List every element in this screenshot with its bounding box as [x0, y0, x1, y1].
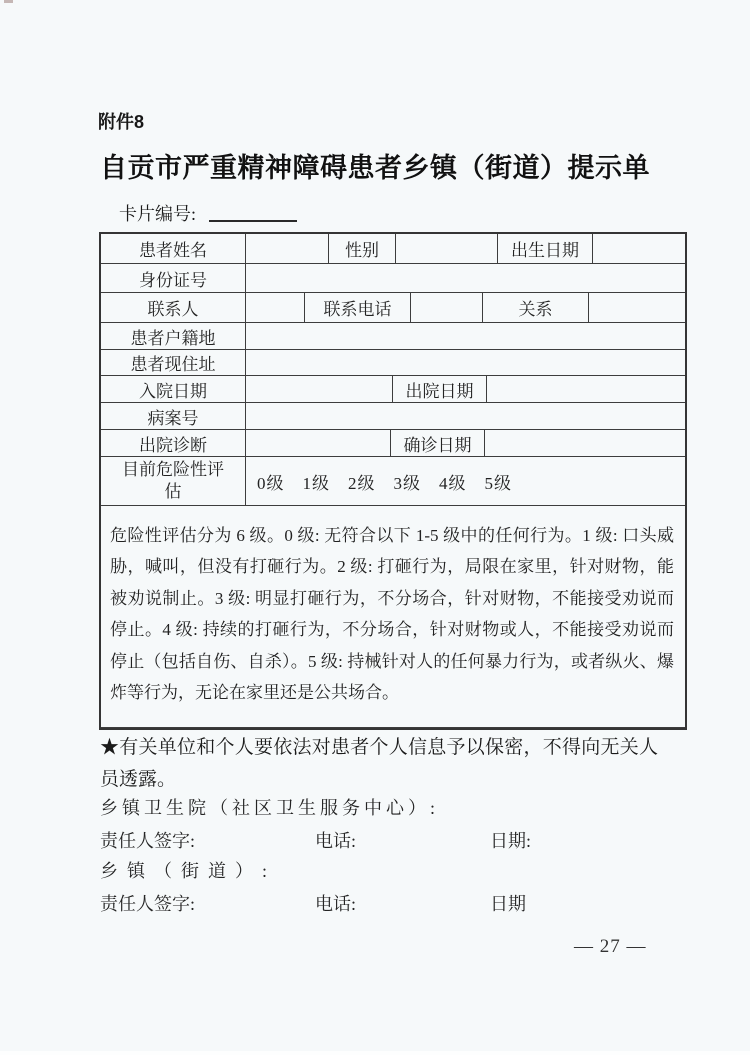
risk-description-text: 危险性评估分为 6 级。0 级: 无符合以下 1-5 级中的任何行为。1 级: …	[101, 506, 685, 728]
patient-info-table: 患者姓名 性别 出生日期 身份证号 联系人 联系电话 关系 患者户籍地 患者现住…	[99, 232, 687, 730]
attachment-number: 附件8	[98, 108, 144, 134]
card-number-line: 卡片编号:	[119, 200, 297, 226]
discharge-diagnosis-label-cell: 出院诊断	[101, 430, 246, 457]
admission-date-value-cell	[246, 376, 393, 403]
township-org-label: 乡镇（街道）:	[100, 857, 276, 883]
household-address-value-cell	[246, 323, 685, 350]
health-center-signature-row: 责任人签字: 电话: 日期:	[100, 827, 640, 851]
relation-label-cell: 关系	[483, 293, 589, 323]
health-center-signer-label: 责任人签字:	[100, 827, 195, 853]
birth-date-value-cell	[593, 234, 685, 264]
contact-label-cell: 联系人	[101, 293, 246, 323]
household-address-label-cell: 患者户籍地	[101, 323, 246, 350]
township-phone-label: 电话:	[315, 890, 356, 916]
patient-name-value-cell	[246, 234, 329, 264]
township-date-label: 日期	[490, 890, 526, 916]
table-row-case-number: 病案号	[101, 403, 685, 430]
contact-value-cell	[246, 293, 305, 323]
gender-label-cell: 性别	[329, 234, 396, 264]
scanned-document-page: 附件8 自贡市严重精神障碍患者乡镇（街道）提示单 卡片编号: 患者姓名 性别 出…	[0, 0, 750, 1055]
risk-assessment-label: 目前危险性评估	[121, 459, 225, 503]
relation-value-cell	[589, 293, 685, 323]
case-number-label-cell: 病案号	[101, 403, 246, 430]
case-number-value-cell	[246, 403, 685, 430]
id-number-value-cell	[246, 264, 685, 293]
admission-date-label-cell: 入院日期	[101, 376, 246, 403]
page-number: — 27 —	[574, 936, 647, 958]
card-number-blank-underline	[209, 205, 297, 222]
card-number-label: 卡片编号:	[119, 204, 196, 224]
discharge-diagnosis-value-cell	[246, 430, 391, 457]
current-address-value-cell	[246, 350, 685, 376]
risk-levels-cell: 0级 1级 2级 3级 4级 5级	[246, 457, 685, 506]
confirm-date-label-cell: 确诊日期	[391, 430, 485, 457]
gender-value-cell	[396, 234, 498, 264]
contact-phone-value-cell	[411, 293, 483, 323]
table-row-id-number: 身份证号	[101, 264, 685, 293]
birth-date-label-cell: 出生日期	[498, 234, 593, 264]
table-row-risk-description: 危险性评估分为 6 级。0 级: 无符合以下 1-5 级中的任何行为。1 级: …	[101, 506, 685, 728]
township-signer-label: 责任人签字:	[100, 890, 195, 916]
table-row-contact: 联系人 联系电话 关系	[101, 293, 685, 323]
health-center-phone-label: 电话:	[315, 827, 356, 853]
risk-assessment-label-cell: 目前危险性评估	[101, 457, 246, 506]
table-row-discharge-diagnosis: 出院诊断 确诊日期	[101, 430, 685, 457]
privacy-note: ★有关单位和个人要依法对患者个人信息予以保密，不得向无关人员透露。	[100, 732, 658, 796]
table-row-current-address: 患者现住址	[101, 350, 685, 376]
current-address-label-cell: 患者现住址	[101, 350, 246, 376]
document-title: 自贡市严重精神障碍患者乡镇（街道）提示单	[0, 146, 750, 185]
confirm-date-value-cell	[485, 430, 685, 457]
table-row-risk-assessment: 目前危险性评估 0级 1级 2级 3级 4级 5级	[101, 457, 685, 506]
health-center-date-label: 日期:	[490, 827, 531, 853]
table-row-admission-date: 入院日期 出院日期	[101, 376, 685, 403]
health-center-org-label: 乡镇卫生院（社区卫生服务中心）:	[100, 794, 439, 820]
table-row-patient-name: 患者姓名 性别 出生日期	[101, 234, 685, 264]
contact-phone-label-cell: 联系电话	[305, 293, 411, 323]
discharge-date-value-cell	[487, 376, 685, 403]
patient-name-label-cell: 患者姓名	[101, 234, 246, 264]
township-signature-row: 责任人签字: 电话: 日期	[100, 890, 640, 914]
id-number-label-cell: 身份证号	[101, 264, 246, 293]
discharge-date-label-cell: 出院日期	[393, 376, 487, 403]
table-row-household-address: 患者户籍地	[101, 323, 685, 350]
scan-corner-artifact	[4, 0, 13, 3]
